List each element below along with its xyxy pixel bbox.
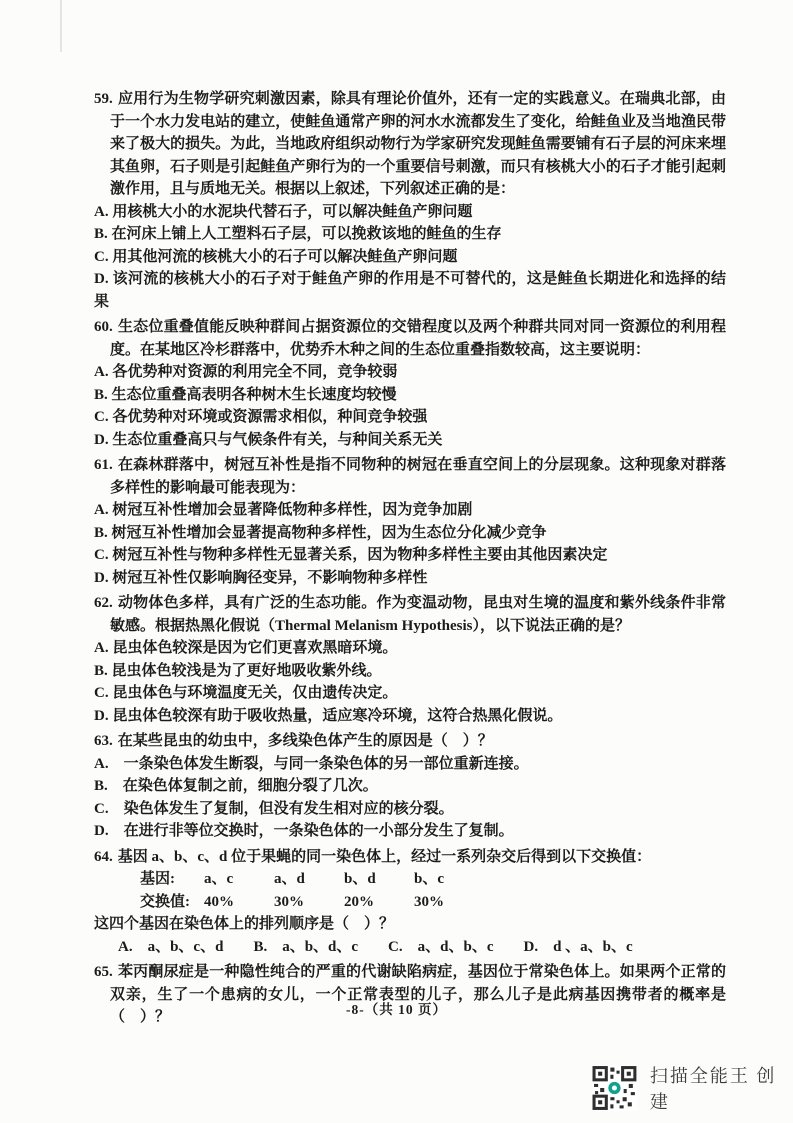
question-text: 应用行为生物学研究刺激因素，除具有理论价值外，还有一定的实践意义。在瑞典北部，由… — [110, 91, 726, 197]
watermark-text: 扫描全能王 创建 — [650, 1062, 793, 1114]
question-stem: 60.生态位重叠值能反映种群间占据资源位的交错程度以及两个种群共同对同一资源位的… — [94, 316, 726, 361]
exam-page: 59.应用行为生物学研究刺激因素，除具有理论价值外，还有一定的实践意义。在瑞典北… — [0, 0, 793, 1123]
table-row-values: 交换值: 40% 30% 20% 30% — [140, 891, 726, 914]
crossover-value-table: 基因: a、c a、d b、d b、c 交换值: 40% 30% 20% 30% — [140, 868, 726, 913]
scan-artifact — [60, 0, 62, 52]
question-stem: 59.应用行为生物学研究刺激因素，除具有理论价值外，还有一定的实践意义。在瑞典北… — [94, 88, 726, 201]
option-b: B. 树冠互补性增加会显著提高物种多样性，因为生态位分化减少竞争 — [94, 522, 726, 545]
question-number: 64. — [94, 849, 113, 865]
question-stem: 62.动物体色多样，具有广泛的生态功能。作为变温动物，昆虫对生境的温度和紫外线条… — [94, 592, 726, 637]
option-c: C. 染色体发生了复制，但没有发生相对应的核分裂。 — [94, 798, 726, 821]
question-number: 61. — [94, 457, 113, 473]
question-text: 在某些昆虫的幼虫中，多线染色体产生的原因是（ ）？ — [118, 733, 493, 749]
question-61: 61.在森林群落中，树冠互补性是指不同物种的树冠在垂直空间上的分层现象。这种现象… — [94, 454, 726, 589]
table-cell: 40% — [204, 891, 274, 914]
question-number: 63. — [94, 733, 113, 749]
question-stem: 65.苯丙酮尿症是一种隐性纯合的严重的代谢缺陷病症，基因位于常染色体上。如果两个… — [94, 961, 726, 1029]
option-c: C. 各优势种对环境或资源需求相似，种间竞争较强 — [94, 406, 726, 429]
option-d: D. 树冠互补性仅影响胸径变异，不影响物种多样性 — [94, 567, 726, 590]
question-59: 59.应用行为生物学研究刺激因素，除具有理论价值外，还有一定的实践意义。在瑞典北… — [94, 88, 726, 313]
questions-area: 59.应用行为生物学研究刺激因素，除具有理论价值外，还有一定的实践意义。在瑞典北… — [94, 88, 726, 1032]
question-number: 65. — [94, 964, 113, 980]
question-followup: 这四个基因在染色体上的排列顺序是（ ）？ — [94, 913, 726, 936]
scanner-watermark: 扫描全能王 创建 — [592, 1062, 793, 1114]
question-stem: 61.在森林群落中，树冠互补性是指不同物种的树冠在垂直空间上的分层现象。这种现象… — [94, 454, 726, 499]
option-d: D. 昆虫体色较深有助于吸收热量，适应寒冷环境，这符合热黑化假说。 — [94, 705, 726, 728]
table-cell: 30% — [414, 891, 484, 914]
option-a: A. a、b、c、d — [118, 936, 223, 959]
qr-code-icon — [592, 1065, 637, 1111]
page-footer: -8-（共 10 页） — [0, 998, 793, 1018]
question-stem: 63.在某些昆虫的幼虫中，多线染色体产生的原因是（ ）？ — [94, 730, 726, 753]
option-a: A. 各优势种对资源的利用完全不同，竞争较弱 — [94, 361, 726, 384]
table-row-genes: 基因: a、c a、d b、d b、c — [140, 868, 726, 891]
option-d: D. 生态位重叠高只与气候条件有关，与种间关系无关 — [94, 429, 726, 452]
row-label: 交换值: — [140, 891, 204, 914]
question-number: 59. — [94, 91, 113, 107]
table-cell: 30% — [274, 891, 344, 914]
question-64: 64.基因 a、b、c、d 位于果蝇的同一染色体上，经过一系列杂交后得到以下交换… — [94, 846, 726, 959]
table-cell: a、d — [274, 868, 344, 891]
question-text: 基因 a、b、c、d 位于果蝇的同一染色体上，经过一系列杂交后得到以下交换值： — [118, 849, 651, 865]
option-c: C. a、d、b、c — [388, 936, 493, 959]
question-text: 动物体色多样，具有广泛的生态功能。作为变温动物，昆虫对生境的温度和紫外线条件非常… — [110, 595, 726, 634]
option-b: B. 在染色体复制之前，细胞分裂了几次。 — [94, 775, 726, 798]
option-d: D. 在进行非等位交换时，一条染色体的一小部分发生了复制。 — [94, 820, 726, 843]
row-label: 基因: — [140, 868, 204, 891]
table-cell: 20% — [344, 891, 414, 914]
question-stem: 64.基因 a、b、c、d 位于果蝇的同一染色体上，经过一系列杂交后得到以下交换… — [94, 846, 726, 869]
option-d: D. d 、a、b、c — [523, 936, 632, 959]
option-a: A. 树冠互补性增加会显著降低物种多样性，因为竞争加剧 — [94, 499, 726, 522]
question-number: 60. — [94, 319, 113, 335]
option-c: C. 用其他河流的核桃大小的石子可以解决鲑鱼产卵问题 — [94, 246, 726, 269]
inline-options-row: A. a、b、c、d B. a、b、d、c C. a、d、b、c D. d 、a… — [118, 936, 726, 959]
option-b: B. 在河床上铺上人工塑料石子层，可以挽救该地的鲑鱼的生存 — [94, 223, 726, 246]
option-a: A. 用核桃大小的水泥块代替石子，可以解决鲑鱼产卵问题 — [94, 201, 726, 224]
option-c: C. 树冠互补性与物种多样性无显著关系，因为物种多样性主要由其他因素决定 — [94, 544, 726, 567]
question-number: 62. — [94, 595, 113, 611]
option-c: C. 昆虫体色与环境温度无关，仅由遗传决定。 — [94, 682, 726, 705]
option-b: B. 生态位重叠高表明各种树木生长速度均较慢 — [94, 384, 726, 407]
option-a: A. 一条染色体发生断裂，与同一条染色体的另一部位重新连接。 — [94, 753, 726, 776]
question-60: 60.生态位重叠值能反映种群间占据资源位的交错程度以及两个种群共同对同一资源位的… — [94, 316, 726, 451]
question-text: 生态位重叠值能反映种群间占据资源位的交错程度以及两个种群共同对同一资源位的利用程… — [110, 319, 726, 358]
option-d: D. 该河流的核桃大小的石子对于鲑鱼产卵的作用是不可替代的，这是鲑鱼长期进化和选… — [94, 268, 726, 313]
question-65: 65.苯丙酮尿症是一种隐性纯合的严重的代谢缺陷病症，基因位于常染色体上。如果两个… — [94, 961, 726, 1029]
question-62: 62.动物体色多样，具有广泛的生态功能。作为变温动物，昆虫对生境的温度和紫外线条… — [94, 592, 726, 727]
question-text: 在森林群落中，树冠互补性是指不同物种的树冠在垂直空间上的分层现象。这种现象对群落… — [110, 457, 726, 496]
option-b: B. a、b、d、c — [253, 936, 358, 959]
table-cell: b、c — [414, 868, 484, 891]
option-b: B. 昆虫体色较浅是为了更好地吸收紫外线。 — [94, 660, 726, 683]
option-a: A. 昆虫体色较深是因为它们更喜欢黑暗环境。 — [94, 637, 726, 660]
table-cell: a、c — [204, 868, 274, 891]
question-63: 63.在某些昆虫的幼虫中，多线染色体产生的原因是（ ）？ A. 一条染色体发生断… — [94, 730, 726, 843]
table-cell: b、d — [344, 868, 414, 891]
